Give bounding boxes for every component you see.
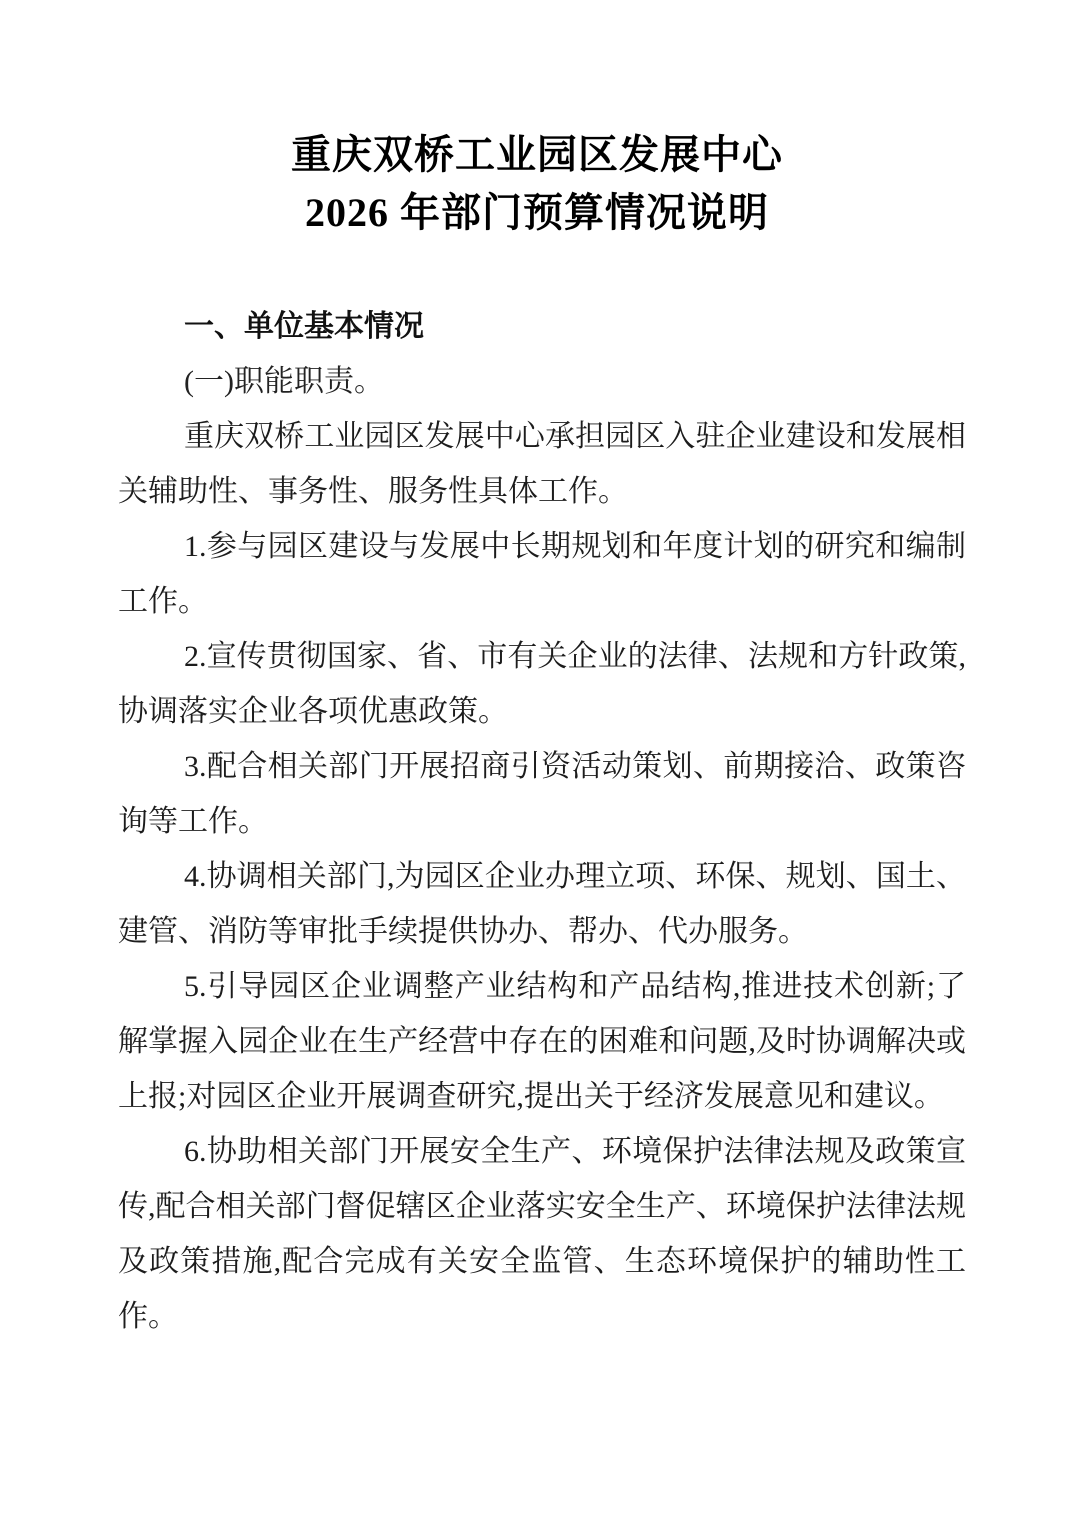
document-title: 重庆双桥工业园区发展中心 2026 年部门预算情况说明 (0, 0, 1074, 242)
document-page: 重庆双桥工业园区发展中心 2026 年部门预算情况说明 一、单位基本情况 (一)… (0, 0, 1074, 1520)
document-title-line2: 2026 年部门预算情况说明 (0, 184, 1074, 242)
document-body: 一、单位基本情况 (一)职能职责。 重庆双桥工业园区发展中心承担园区入驻企业建设… (118, 299, 966, 1344)
section-heading: 一、单位基本情况 (118, 299, 966, 354)
paragraph-item-1: 1.参与园区建设与发展中长期规划和年度计划的研究和编制工作。 (118, 519, 966, 629)
paragraph-intro: 重庆双桥工业园区发展中心承担园区入驻企业建设和发展相关辅助性、事务性、服务性具体… (118, 409, 966, 519)
paragraph-item-5: 5.引导园区企业调整产业结构和产品结构,推进技术创新;了解掌握入园企业在生产经营… (118, 959, 966, 1124)
paragraph-item-6: 6.协助相关部门开展安全生产、环境保护法律法规及政策宣传,配合相关部门督促辖区企… (118, 1124, 966, 1344)
paragraph-item-3: 3.配合相关部门开展招商引资活动策划、前期接洽、政策咨询等工作。 (118, 739, 966, 849)
paragraph-item-2: 2.宣传贯彻国家、省、市有关企业的法律、法规和方针政策,协调落实企业各项优惠政策… (118, 629, 966, 739)
subsection-heading: (一)职能职责。 (118, 354, 966, 409)
document-title-line1: 重庆双桥工业园区发展中心 (0, 126, 1074, 184)
paragraph-item-4: 4.协调相关部门,为园区企业办理立项、环保、规划、国土、建管、消防等审批手续提供… (118, 849, 966, 959)
